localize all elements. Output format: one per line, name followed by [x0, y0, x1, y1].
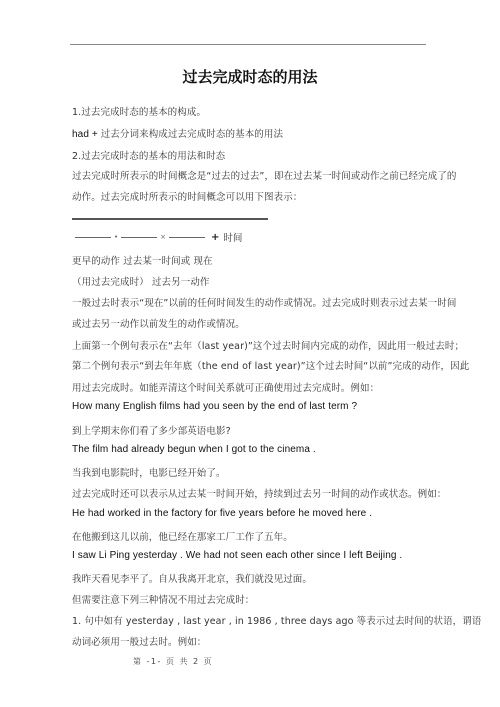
document-title: 过去完成时态的用法 — [0, 66, 500, 87]
example-translation-zh: 我昨天看见李平了。自从我离开北京，我们就没见过面。 — [72, 571, 312, 585]
example-translation-zh: 当我到电影院时，电影已经开始了。 — [72, 465, 226, 479]
paragraph-line: 过去完成时所表示的时间概念是“过去的过去”，即在过去某一时间或动作之前已经完成了… — [72, 168, 456, 182]
timeline-segment — [121, 237, 157, 238]
dot-marker-icon: • — [114, 233, 118, 241]
example-translation-zh: 到上学期末你们看了多少部英语电影? — [72, 423, 231, 437]
construction-text: 过去分词来构成过去完成时态的基本的用法 — [101, 129, 283, 140]
paragraph-line: 一般过去时表示“现在”以前的任何时间发生的动作或情况。过去完成时则表示过去某一时… — [72, 295, 456, 309]
paragraph-line: 动作。过去完成时所表示的时间概念可以用下图表示： — [72, 189, 302, 203]
paragraph-line: 第二个例句表示“到去年年底（the end of last year)”这个过去… — [72, 358, 469, 372]
timeline-rule — [72, 218, 268, 220]
paragraph-had-construction: had + 过去分词来构成过去完成时态的基本的用法 — [72, 126, 283, 140]
paragraph-line: 动词必须用一般过去时。例如： — [72, 634, 206, 648]
page-footer: 第 -1- 页 共 2 页 — [133, 656, 213, 667]
section-1-heading: 1.过去完成时态的基本的构成。 — [72, 104, 206, 118]
timeline-segment — [75, 237, 111, 238]
timeline-caption-2: （用过去完成时） 过去另一动作 — [72, 274, 210, 288]
section-2-heading: 2.过去完成时态的基本的用法和时态 — [72, 148, 225, 162]
cross-marker-icon: × — [160, 233, 166, 241]
rule-item-1: 1. 句中如有 yesterday , last year , in 1986 … — [72, 613, 481, 627]
paragraph-line: 但需要注意下列三种情况不用过去完成时： — [72, 592, 254, 606]
header-rule — [70, 44, 426, 45]
timeline-diagram: • × + 时间 — [72, 230, 242, 244]
example-translation-zh: 在他搬到这儿以前，他已经在那家工厂工作了五年。 — [72, 529, 293, 543]
example-sentence-en: The film had already begun when I got to… — [72, 444, 316, 455]
paragraph-line: 或过去另一动作以前发生的动作或情况。 — [72, 316, 245, 330]
paragraph-line: 过去完成时还可以表示从过去某一时间开始，持续到过去另一时间的动作或状态。例如： — [72, 486, 446, 500]
timeline-segment — [169, 237, 205, 238]
plus-arrow-icon: + — [211, 232, 219, 243]
example-sentence-en: He had worked in the factory for five ye… — [72, 508, 372, 519]
timeline-caption-1: 更早的动作 过去某一时间或 现在 — [72, 253, 213, 267]
timeline-label: 时间 — [223, 230, 242, 244]
example-sentence-en: How many English films had you seen by t… — [72, 401, 357, 412]
example-sentence-en: I saw Li Ping yesterday . We had not see… — [72, 550, 402, 561]
had-plus-text: had + — [72, 129, 101, 140]
paragraph-line: 上面第一个例句表示在“去年（last year)”这个过去时间内完成的动作，因此… — [72, 338, 464, 352]
paragraph-line: 用过去完成时。如能弄清这个时间关系就可正确使用过去完成时。例如： — [72, 380, 379, 394]
